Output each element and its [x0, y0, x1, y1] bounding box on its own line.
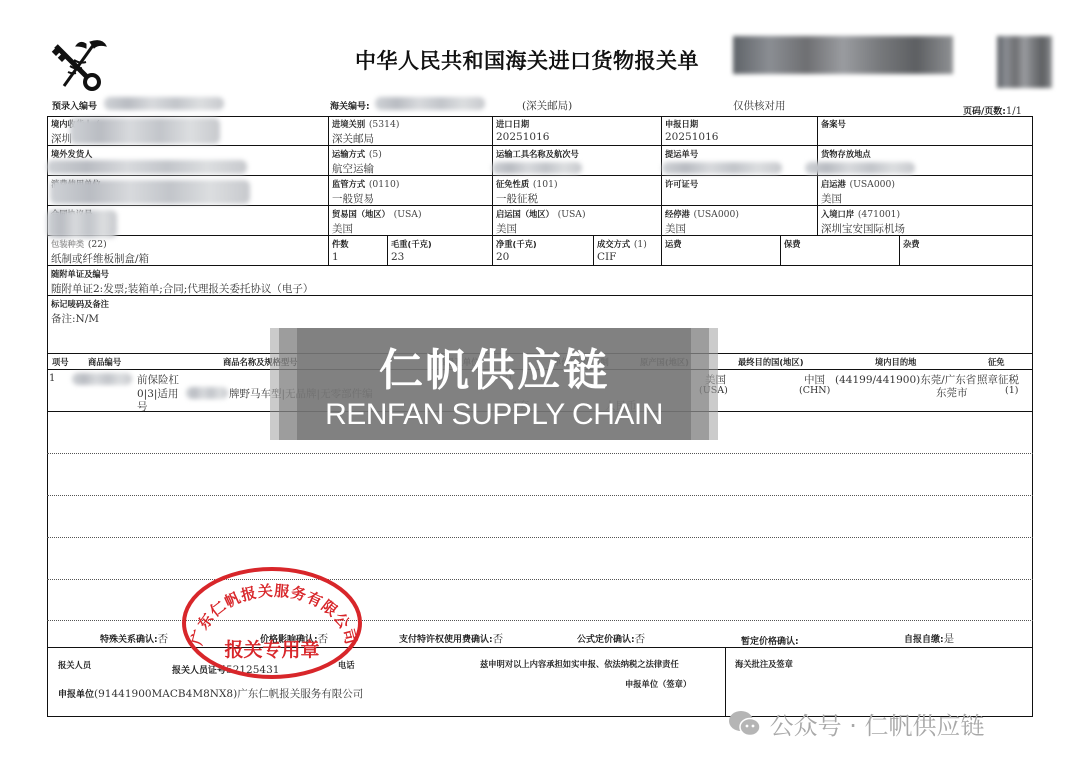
col-item-no: 项号 — [52, 356, 69, 368]
customs-office: (深关邮局) — [522, 98, 572, 113]
company-seal: 广东仁帆报关服务有限公司 报关专用章 — [178, 564, 366, 682]
col-final-dest: 最终目的国(地区) — [738, 356, 804, 368]
seal-ring-text: 广东仁帆报关服务有限公司 — [188, 582, 361, 647]
exemption-code: (1) — [1005, 385, 1018, 396]
watermark-cn: 仁帆供应链 — [270, 334, 718, 398]
provisional-price-confirm: 暂定价格确认: — [741, 629, 799, 648]
col-domestic-dest: 境内目的地 — [875, 356, 916, 368]
declarant-sign-label: 申报单位（签章） — [625, 678, 691, 690]
wechat-icon — [728, 710, 762, 738]
watermark-en: RENFAN SUPPLY CHAIN — [270, 398, 718, 432]
levy-nature-value: 一般征税 — [496, 191, 538, 206]
freight-label: 运费 — [665, 238, 682, 250]
domestic-dest-line2: 东莞市 — [936, 385, 968, 400]
insurance-label: 保费 — [784, 238, 801, 250]
item-no: 1 — [49, 373, 55, 384]
goods-name-line1: 前保险杠 — [137, 372, 179, 387]
redacted-vessel — [492, 162, 582, 174]
seal-center-text: 报关专用章 — [224, 638, 319, 661]
redacted-storage — [805, 162, 915, 174]
overseas-shipper-label: 境外发货人 — [51, 148, 92, 160]
goods-name-line3: 号 — [137, 399, 148, 414]
trade-country-label: 贸易国（地区）(USA) — [332, 208, 422, 220]
import-date-label: 进口日期 — [496, 118, 529, 130]
domestic-consignee-value: 深圳 — [51, 131, 72, 146]
vessel-voyage-label: 运输工具名称及航次号 — [496, 148, 579, 160]
transit-port-label: 经停港(USA000) — [665, 208, 739, 220]
declaration-date-value: 20251016 — [665, 131, 718, 143]
special-relation-confirm: 特殊关系确认:否 — [100, 627, 168, 646]
bill-of-lading-label: 提运单号 — [665, 148, 698, 160]
redacted-consignee — [70, 118, 220, 144]
package-type-label: 包装种类(22) — [51, 238, 107, 250]
net-weight-label: 净重(千克) — [496, 238, 537, 250]
wechat-watermark: 公众号 · 仁帆供应链 — [728, 706, 985, 741]
redacted-brand — [186, 387, 228, 399]
pieces-value: 1 — [332, 251, 339, 263]
marks-value: 备注:N/M — [51, 311, 99, 326]
departure-port-value: 美国 — [821, 191, 842, 206]
pre-entry-label: 预录入编号 — [52, 99, 97, 112]
marks-label: 标记唛码及备注 — [51, 298, 109, 310]
transport-mode-value: 航空运输 — [332, 161, 374, 176]
redacted-barcode — [733, 36, 953, 74]
col-hs-code: 商品编号 — [88, 356, 121, 368]
transaction-mode-label: 成交方式(1) — [597, 238, 647, 250]
declaration-statement: 兹申明对以上内容承担如实申报、依法纳税之法律责任 — [480, 658, 679, 670]
gross-weight-value: 23 — [391, 251, 404, 263]
redacted-customs-no — [375, 97, 485, 110]
redacted-qr-code — [997, 36, 1052, 88]
verification-note: 仅供核对用 — [733, 98, 786, 113]
attached-docs-value: 随附单证2:发票;装箱单;合同;代理报关委托协议（电子） — [51, 281, 313, 296]
attached-docs-label: 随附单证及编号 — [51, 268, 109, 280]
pieces-label: 件数 — [332, 238, 349, 250]
supervision-mode-label: 监管方式(0110) — [332, 178, 399, 190]
formula-pricing-confirm: 公式定价确认:否 — [577, 627, 645, 646]
departure-country-value: 美国 — [496, 221, 517, 236]
entry-port-value: 深关邮局 — [332, 131, 374, 146]
license-no-label: 许可证号 — [665, 178, 698, 190]
departure-port-label: 启运港(USA000) — [821, 178, 895, 190]
declaring-unit: 申报单位(91441900MACB4M8NX8)广东仁帆报关服务有限公司 — [58, 682, 363, 701]
wechat-account-text: 公众号 · 仁帆供应链 — [770, 712, 985, 740]
package-type-value: 纸制或纤维板制盒/箱 — [51, 251, 149, 266]
royalty-confirm: 支付特许权使用费确认:否 — [399, 627, 503, 646]
document-title: 中华人民共和国海关进口货物报关单 — [355, 45, 699, 75]
record-no-label: 备案号 — [821, 118, 846, 130]
customs-emblem-icon — [50, 38, 108, 92]
declaration-date-label: 申报日期 — [665, 118, 698, 130]
redacted-hs-code — [72, 373, 132, 385]
storage-location-label: 货物存放地点 — [821, 148, 871, 160]
self-declare-self-pay: 自报自缴:是 — [904, 627, 954, 646]
redacted-pre-entry-no — [104, 97, 224, 110]
redacted-consumer-unit — [50, 180, 250, 204]
import-date-value: 20251016 — [496, 131, 549, 143]
departure-country-label: 启运国（地区）(USA) — [496, 208, 586, 220]
entry-port-label: 进境关别(5314) — [332, 118, 399, 130]
col-exemption: 征免 — [988, 356, 1005, 368]
trade-country-value: 美国 — [332, 221, 353, 236]
redacted-shipper — [47, 160, 247, 174]
entry-port-of-entry-label: 入境口岸(471001) — [821, 208, 900, 220]
final-dest-code: (CHN) — [799, 385, 830, 396]
supervision-mode-value: 一般贸易 — [332, 191, 374, 206]
transport-mode-label: 运输方式(5) — [332, 148, 382, 160]
redacted-contract-no — [47, 210, 117, 238]
declarant-label: 报关人员 — [58, 659, 91, 671]
customs-no-label: 海关编号: — [330, 99, 370, 112]
redacted-bill-no — [662, 162, 782, 174]
levy-nature-label: 征免性质(101) — [496, 178, 558, 190]
net-weight-value: 20 — [496, 251, 509, 263]
svg-text:广东仁帆报关服务有限公司: 广东仁帆报关服务有限公司 — [188, 582, 361, 647]
brand-watermark: 仁帆供应链 RENFAN SUPPLY CHAIN — [270, 328, 718, 440]
transaction-mode-value: CIF — [597, 251, 616, 263]
gross-weight-label: 毛重(千克) — [391, 238, 432, 250]
misc-charges-label: 杂费 — [903, 238, 920, 250]
customs-approval-label: 海关批注及签章 — [735, 658, 793, 670]
entry-port-of-entry-value: 深圳宝安国际机场 — [821, 221, 905, 236]
transit-port-value: 美国 — [665, 221, 686, 236]
